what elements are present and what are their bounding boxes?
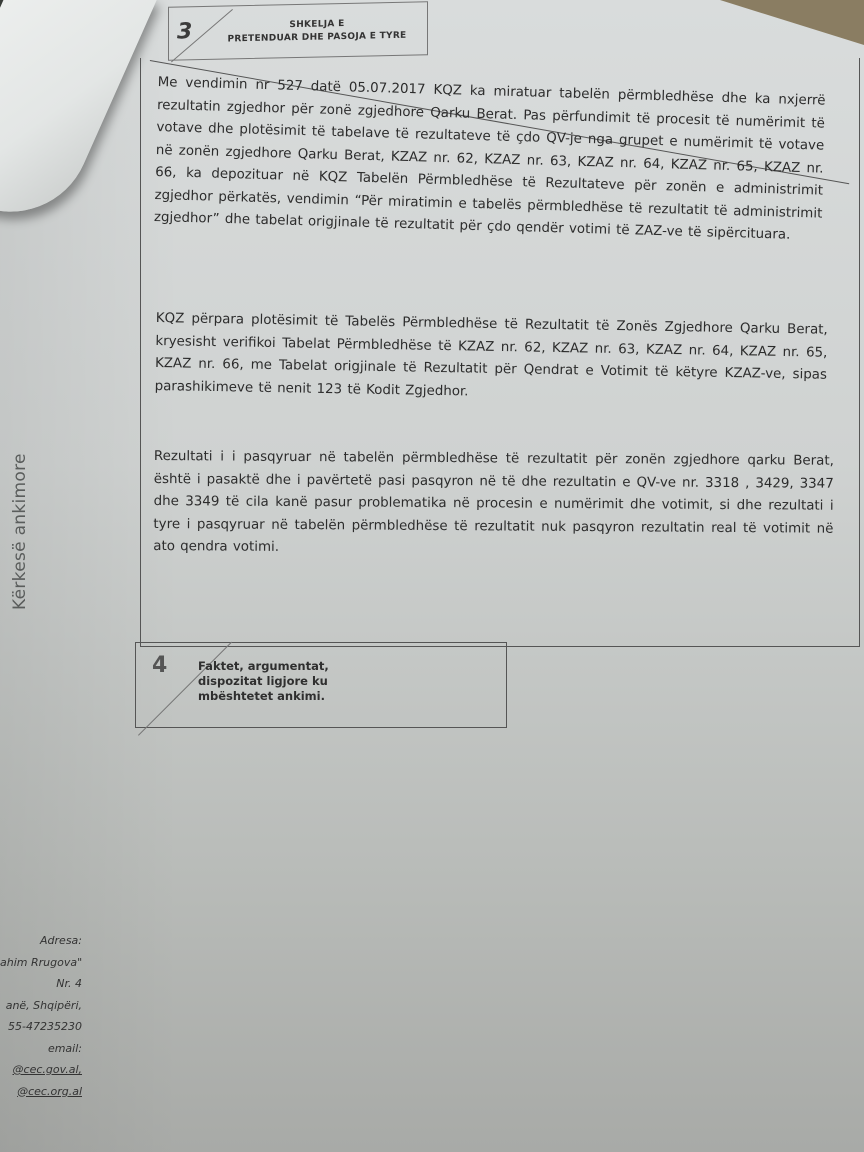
section-4-header: 4 Faktet, argumentat, dispozitat ligjore… — [135, 642, 507, 728]
address-city: anë, Shqipëri, — [0, 995, 82, 1017]
email-link-2[interactable]: @cec.org.al — [0, 1081, 82, 1103]
section-3-number: 3 — [177, 19, 192, 44]
paragraph-verification: KQZ përpara plotësimit të Tabelës Përmbl… — [154, 308, 827, 410]
paragraph-result-claim: Rezultati i i pasqyruar në tabelën përmb… — [153, 446, 834, 563]
side-label: Kërkesë ankimore — [10, 453, 30, 610]
address-phone: 55-47235230 — [0, 1016, 82, 1038]
address-street: ahim Rrugova" — [0, 952, 82, 974]
address-block: Adresa: ahim Rrugova" Nr. 4 anë, Shqipër… — [0, 930, 82, 1102]
email-label: email: — [0, 1038, 82, 1060]
section-3-title: SHKELJA E PRETENDUAR DHE PASOJA E TYRE — [207, 16, 427, 47]
address-number: Nr. 4 — [0, 973, 82, 995]
section-4-number: 4 — [152, 653, 167, 678]
address-label: Adresa: — [0, 930, 82, 952]
email-link-1[interactable]: @cec.gov.al, — [0, 1059, 82, 1081]
paragraph-decision: Me vendimin nr 527 datë 05.07.2017 KQZ k… — [154, 72, 826, 248]
section-4-title: Faktet, argumentat, dispozitat ligjore k… — [198, 659, 358, 704]
section-3-header: 3 SHKELJA E PRETENDUAR DHE PASOJA E TYRE — [168, 1, 428, 60]
